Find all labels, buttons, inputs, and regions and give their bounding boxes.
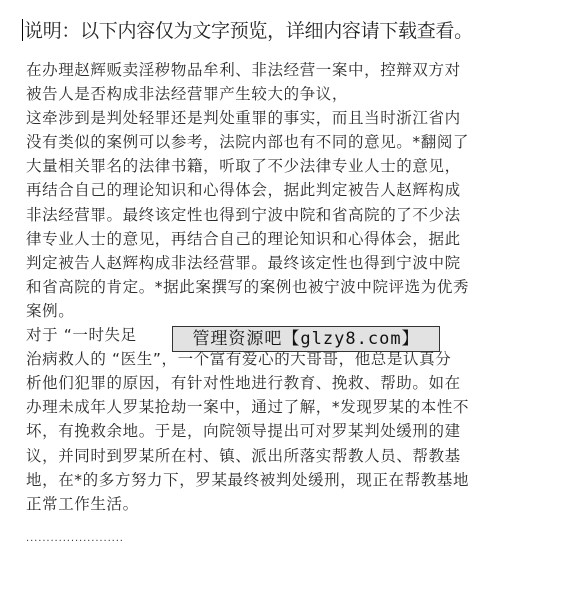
preview-notice: 说明：以下内容仅为文字预览，详细内容请下载查看。 bbox=[22, 18, 473, 44]
document-body: 在办理赵辉贩卖淫秽物品牟利、非法经营一案中，控辩双方对 被告人是否构成非法经营罪… bbox=[26, 58, 546, 516]
document-line: 案例。 bbox=[26, 299, 546, 323]
document-line: 地，在*的多方努力下，罗某最终被判处缓刑，现正在帮教基地 bbox=[26, 468, 546, 492]
document-line: 议，并同时到罗某所在村、镇、派出所落实帮教人员、帮教基 bbox=[26, 444, 546, 468]
document-line: 没有类似的案例可以参考，法院内部也有不同的意见。*翻阅了 bbox=[26, 130, 546, 154]
document-line: 办理未成年人罗某抢劫一案中，通过了解，*发现罗某的本性不 bbox=[26, 395, 546, 419]
document-line: 在办理赵辉贩卖淫秽物品牟利、非法经营一案中，控辩双方对 bbox=[26, 58, 546, 82]
document-line: 判定被告人赵辉构成非法经营罪。最终该定性也得到宁波中院 bbox=[26, 251, 546, 275]
document-line: 被告人是否构成非法经营罪产生较大的争议， bbox=[26, 82, 546, 106]
watermark-banner: 管理资源吧【glzy8.com】 bbox=[172, 326, 440, 352]
document-line: 律专业人士的意见，再结合自己的理论知识和心得体会，据此 bbox=[26, 227, 546, 251]
text-cursor bbox=[22, 19, 23, 41]
document-line: 再结合自己的理论知识和心得体会，据此判定被告人赵辉构成 bbox=[26, 178, 546, 202]
preview-notice-text: 说明：以下内容仅为文字预览，详细内容请下载查看。 bbox=[24, 20, 473, 42]
document-line: 坏，有挽救余地。于是，向院领导提出可对罗某判处缓刑的建 bbox=[26, 419, 546, 443]
document-line: 大量相关罪名的法律书籍，听取了不少法律专业人士的意见， bbox=[26, 154, 546, 178]
more-content-ellipsis: ························ bbox=[26, 536, 124, 547]
document-line: 析他们犯罪的原因，有针对性地进行教育、挽救、帮助。如在 bbox=[26, 371, 546, 395]
document-line: 非法经营罪。最终该定性也得到宁波中院和省高院的了不少法 bbox=[26, 203, 546, 227]
document-line: 和省高院的肯定。*据此案撰写的案例也被宁波中院评选为优秀 bbox=[26, 275, 546, 299]
document-line: 正常工作生活。 bbox=[26, 492, 546, 516]
document-line: 这牵涉到是判处轻罪还是判处重罪的事实，而且当时浙江省内 bbox=[26, 106, 546, 130]
